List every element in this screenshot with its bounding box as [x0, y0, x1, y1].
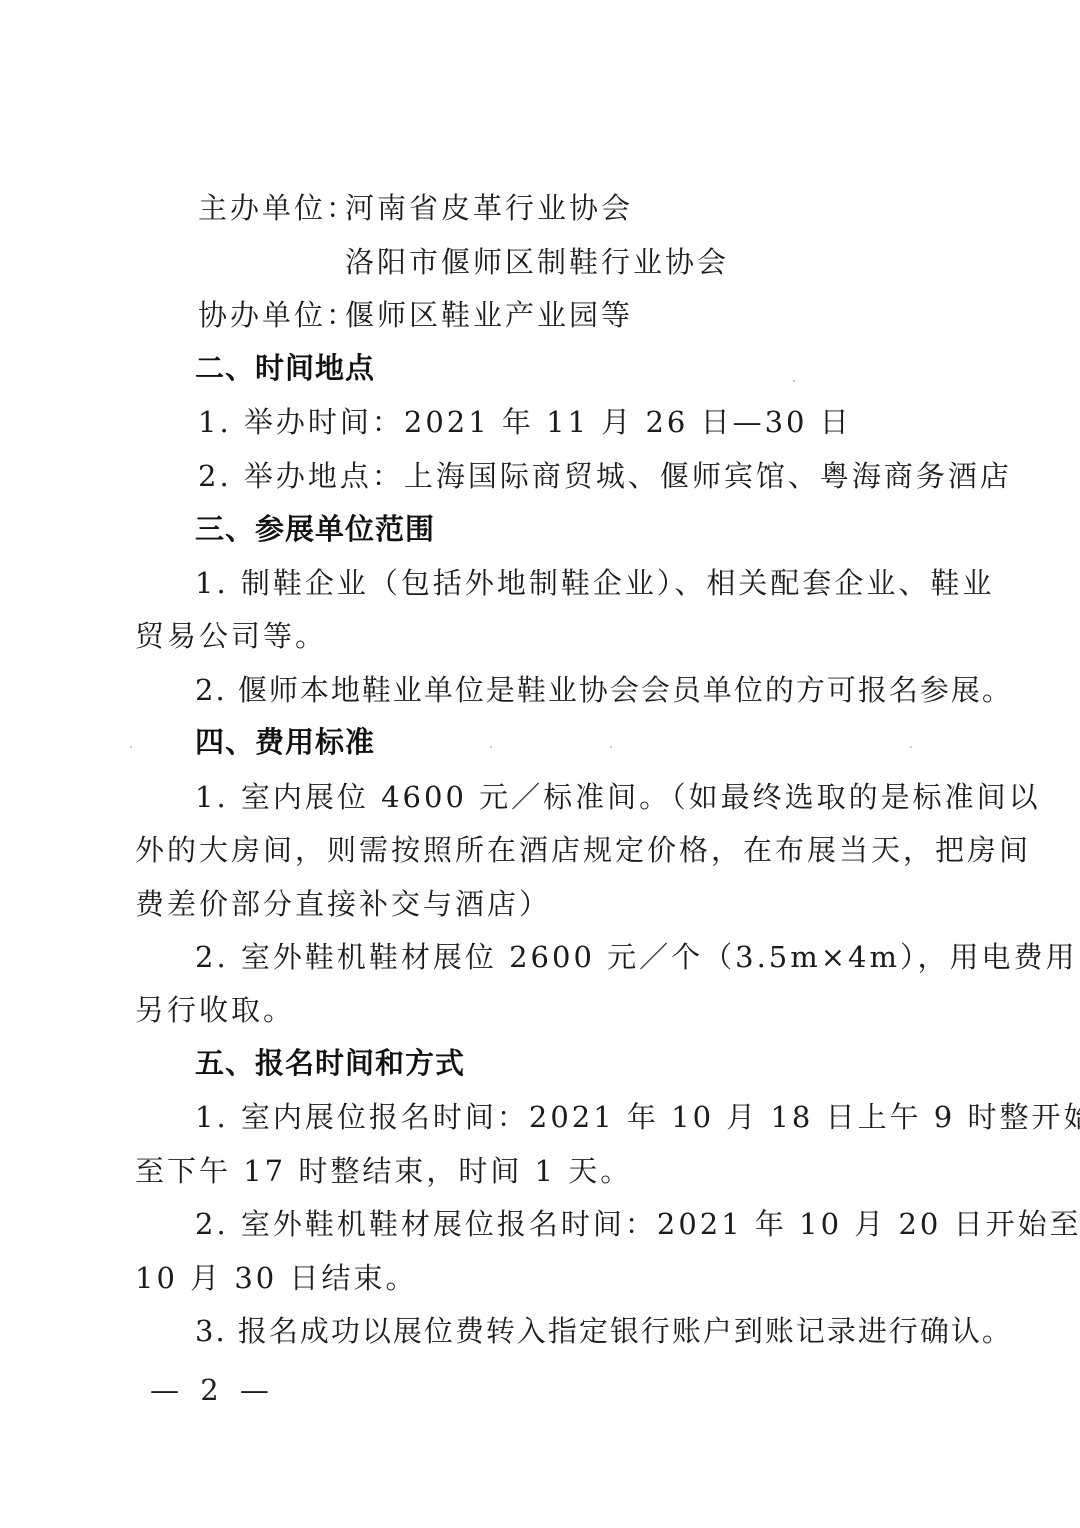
scope-item-1-line-1: 1. 制鞋企业（包括外地制鞋企业）、相关配套企业、鞋业 [195, 563, 935, 603]
fee-item-1-line-2: 外的大房间，则需按照所在酒店规定价格，在布展当天，把房间 [135, 830, 935, 870]
registration-item-2-line-1: 2. 室外鞋机鞋材展位报名时间：2021 年 10 月 20 日开始至 [195, 1204, 935, 1244]
registration-item-2-line-2: 10 月 30 日结束。 [135, 1258, 417, 1298]
scan-speck [490, 746, 492, 748]
host-organizer-label: 主办单位： [198, 188, 358, 228]
fee-item-2-line-1: 2. 室外鞋机鞋材展位 2600 元／个（3.5m×4m），用电费用 [195, 937, 935, 977]
host-organizer-2: 洛阳市偃师区制鞋行业协会 [345, 242, 729, 282]
section-heading-exhibitor-scope: 三、参展单位范围 [195, 509, 435, 549]
registration-item-3: 3. 报名成功以展位费转入指定银行账户到账记录进行确认。 [195, 1311, 1013, 1351]
scan-speck [910, 746, 912, 748]
fee-item-2-line-2: 另行收取。 [135, 990, 295, 1030]
scope-item-2: 2. 偃师本地鞋业单位是鞋业协会会员单位的方可报名参展。 [195, 670, 1013, 710]
event-dates: 1. 举办时间：2021 年 11 月 26 日—30 日 [198, 402, 852, 442]
co-organizer-1: 偃师区鞋业产业园等 [345, 295, 633, 335]
fee-item-1-line-1: 1. 室内展位 4600 元／标准间。（如最终选取的是标准间以 [195, 777, 935, 817]
section-heading-registration: 五、报名时间和方式 [195, 1043, 465, 1083]
scan-speck [130, 746, 132, 748]
host-organizer-1: 河南省皮革行业协会 [345, 188, 633, 228]
event-venues: 2. 举办地点：上海国际商贸城、偃师宾馆、粤海商务酒店 [198, 456, 1012, 496]
scan-speck [610, 746, 612, 748]
scan-speck [370, 746, 372, 748]
document-page: 主办单位： 河南省皮革行业协会 洛阳市偃师区制鞋行业协会 协办单位： 偃师区鞋业… [0, 0, 1080, 1528]
fee-item-1-line-3: 费差价部分直接补交与酒店） [135, 884, 551, 924]
scope-item-1-line-2: 贸易公司等。 [135, 616, 327, 656]
registration-item-1-line-2: 至下午 17 时整结束，时间 1 天。 [135, 1151, 632, 1191]
registration-item-1-line-1: 1. 室内展位报名时间：2021 年 10 月 18 日上午 9 时整开始 [195, 1097, 935, 1137]
page-number: — 2 — [150, 1370, 275, 1410]
section-heading-time-place: 二、时间地点 [195, 348, 375, 388]
section-heading-fees: 四、费用标准 [195, 722, 375, 762]
co-organizer-label: 协办单位： [198, 295, 358, 335]
scan-speck [793, 380, 795, 382]
